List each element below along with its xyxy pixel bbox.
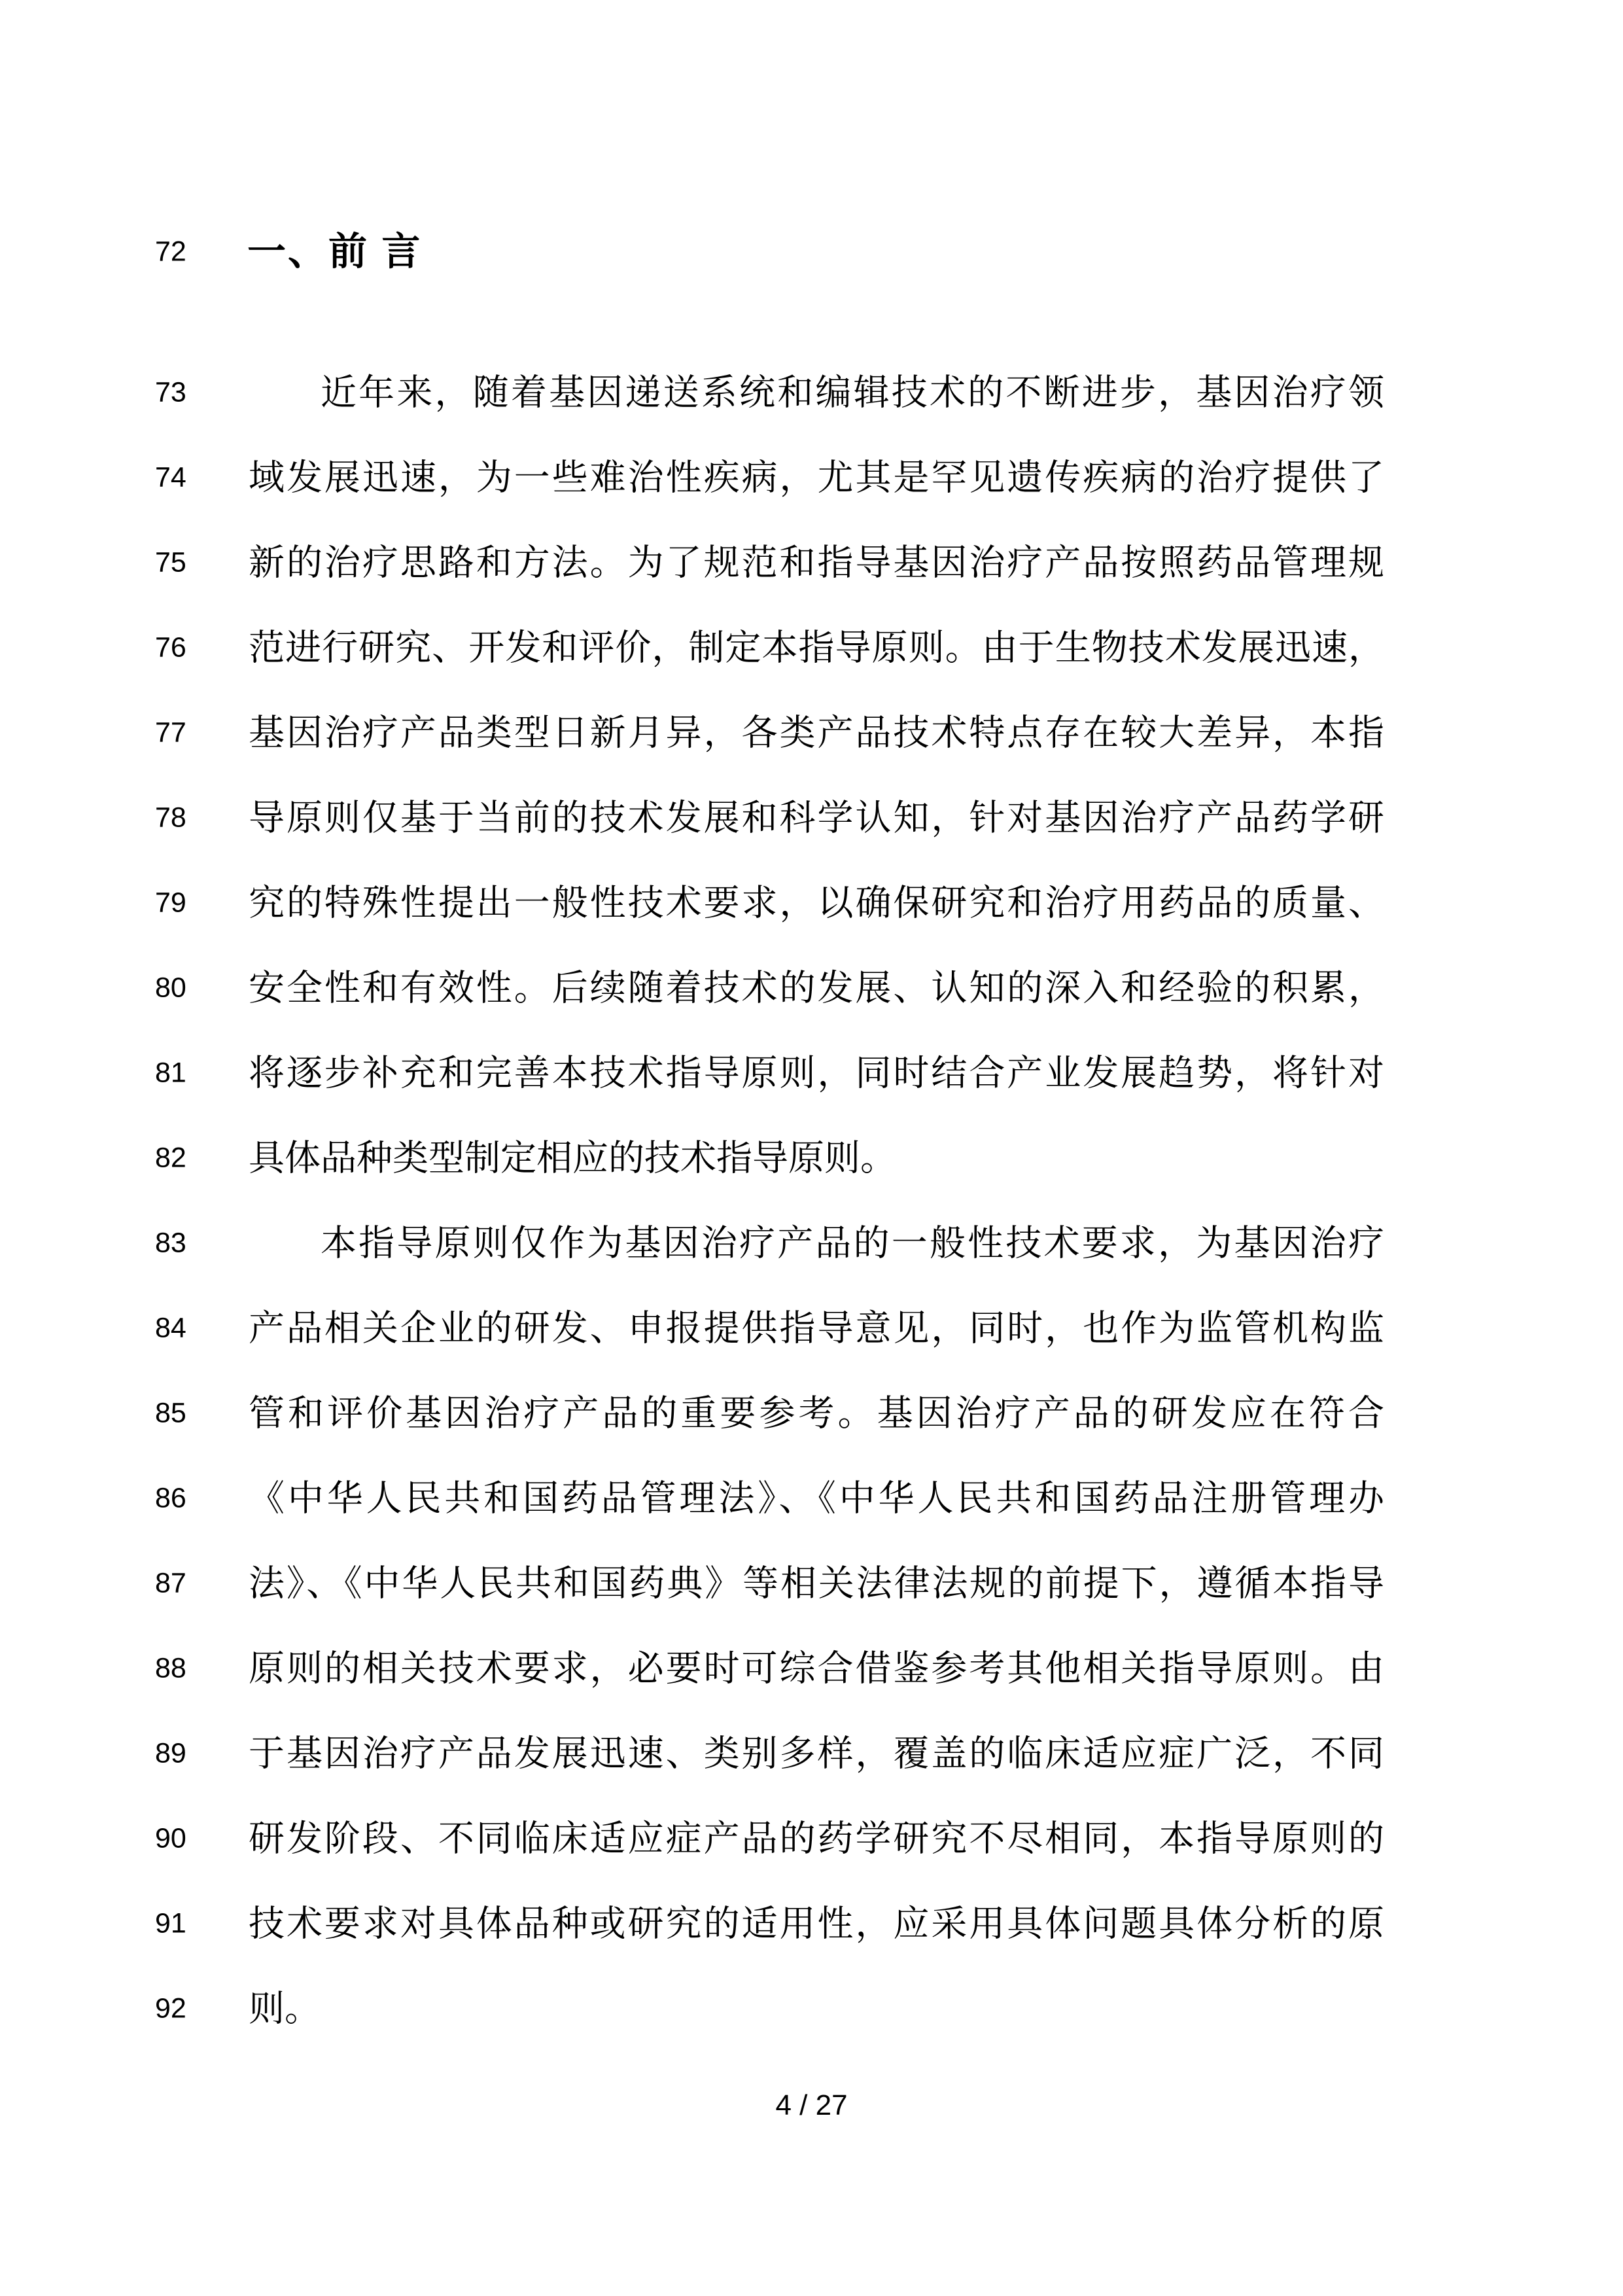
text-line-row: 80安全性和有效性。后续随着技术的发展、认知的深入和经验的积累， xyxy=(0,945,1623,1031)
line-number: 72 xyxy=(155,238,186,266)
line-number: 91 xyxy=(155,1910,186,1938)
text-line-row: 87法》、《中华人民共和国药典》等相关法律法规的前提下，遵循本指导 xyxy=(0,1541,1623,1626)
text-line-row: 90研发阶段、不同临床适应症产品的药学研究不尽相同，本指导原则的 xyxy=(0,1796,1623,1881)
line-number: 79 xyxy=(155,889,186,917)
line-text: 域发展迅速，为一些难治性疾病，尤其是罕见遗传疾病的治疗提供了 xyxy=(249,455,1384,501)
line-number: 77 xyxy=(155,719,186,747)
line-text: 本指导原则仅作为基因治疗产品的一般性技术要求，为基因治疗 xyxy=(249,1221,1384,1266)
page-footer: 4 / 27 xyxy=(0,2091,1623,2120)
numbered-lines: 73近年来，随着基因递送系统和编辑技术的不断进步，基因治疗领74域发展迅速，为一… xyxy=(0,350,1623,2051)
page-number: 4 / 27 xyxy=(775,2089,847,2121)
line-number: 73 xyxy=(155,379,186,407)
line-number: 74 xyxy=(155,464,186,492)
line-text: 新的治疗思路和方法。为了规范和指导基因治疗产品按照药品管理规 xyxy=(249,540,1384,586)
line-text: 基因治疗产品类型日新月异，各类产品技术特点存在较大差异，本指 xyxy=(249,711,1384,756)
text-line-row: 91技术要求对具体品种或研究的适用性，应采用具体问题具体分析的原 xyxy=(0,1881,1623,1966)
line-text: 范进行研究、开发和评价，制定本指导原则。由于生物技术发展迅速， xyxy=(249,626,1384,671)
line-number: 85 xyxy=(155,1400,186,1428)
heading-row: 72 一、前 言 xyxy=(0,209,1623,294)
line-number: 82 xyxy=(155,1144,186,1173)
line-number: 80 xyxy=(155,974,186,1002)
line-text: 近年来，随着基因递送系统和编辑技术的不断进步，基因治疗领 xyxy=(249,370,1384,415)
line-number: 86 xyxy=(155,1485,186,1513)
text-line-row: 88原则的相关技术要求，必要时可综合借鉴参考其他相关指导原则。由 xyxy=(0,1626,1623,1711)
line-number: 84 xyxy=(155,1315,186,1343)
text-line-row: 75新的治疗思路和方法。为了规范和指导基因治疗产品按照药品管理规 xyxy=(0,520,1623,605)
heading-spacer xyxy=(0,294,1623,350)
line-number: 92 xyxy=(155,1995,186,2023)
text-line-row: 77基因治疗产品类型日新月异，各类产品技术特点存在较大差异，本指 xyxy=(0,690,1623,775)
document-page: 72 一、前 言 73近年来，随着基因递送系统和编辑技术的不断进步，基因治疗领7… xyxy=(0,0,1623,2296)
line-text: 将逐步补充和完善本技术指导原则，同时结合产业发展趋势，将针对 xyxy=(249,1051,1384,1096)
text-line-row: 89于基因治疗产品发展迅速、类别多样，覆盖的临床适应症广泛，不同 xyxy=(0,1711,1623,1796)
document-body: 72 一、前 言 73近年来，随着基因递送系统和编辑技术的不断进步，基因治疗领7… xyxy=(0,209,1623,2051)
text-line-row: 74域发展迅速，为一些难治性疾病，尤其是罕见遗传疾病的治疗提供了 xyxy=(0,435,1623,520)
line-text: 安全性和有效性。后续随着技术的发展、认知的深入和经验的积累， xyxy=(249,966,1384,1011)
text-line-row: 73近年来，随着基因递送系统和编辑技术的不断进步，基因治疗领 xyxy=(0,350,1623,435)
line-text: 技术要求对具体品种或研究的适用性，应采用具体问题具体分析的原 xyxy=(249,1901,1384,1947)
line-text: 导原则仅基于当前的技术发展和科学认知，针对基因治疗产品药学研 xyxy=(249,796,1384,841)
line-text: 原则的相关技术要求，必要时可综合借鉴参考其他相关指导原则。由 xyxy=(249,1646,1384,1691)
text-line-row: 82具体品种类型制定相应的技术指导原则。 xyxy=(0,1116,1623,1201)
text-line-row: 84产品相关企业的研发、申报提供指导意见，同时，也作为监管机构监 xyxy=(0,1286,1623,1371)
line-text: 则。 xyxy=(249,1987,1384,2032)
line-text: 法》、《中华人民共和国药典》等相关法律法规的前提下，遵循本指导 xyxy=(249,1561,1384,1606)
line-number: 89 xyxy=(155,1740,186,1768)
line-text: 于基因治疗产品发展迅速、类别多样，覆盖的临床适应症广泛，不同 xyxy=(249,1731,1384,1776)
line-number: 87 xyxy=(155,1570,186,1598)
text-line-row: 81将逐步补充和完善本技术指导原则，同时结合产业发展趋势，将针对 xyxy=(0,1031,1623,1116)
line-text: 具体品种类型制定相应的技术指导原则。 xyxy=(249,1136,1384,1181)
text-line-row: 76范进行研究、开发和评价，制定本指导原则。由于生物技术发展迅速， xyxy=(0,605,1623,690)
line-text: 管和评价基因治疗产品的重要参考。基因治疗产品的研发应在符合 xyxy=(249,1391,1384,1436)
text-line-row: 86《中华人民共和国药品管理法》、《中华人民共和国药品注册管理办 xyxy=(0,1456,1623,1541)
line-number: 88 xyxy=(155,1655,186,1683)
line-text: 究的特殊性提出一般性技术要求，以确保研究和治疗用药品的质量、 xyxy=(249,881,1384,926)
text-line-row: 78导原则仅基于当前的技术发展和科学认知，针对基因治疗产品药学研 xyxy=(0,775,1623,860)
line-number: 90 xyxy=(155,1825,186,1853)
text-line-row: 85管和评价基因治疗产品的重要参考。基因治疗产品的研发应在符合 xyxy=(0,1371,1623,1456)
section-heading: 一、前 言 xyxy=(247,233,422,272)
line-number: 83 xyxy=(155,1229,186,1258)
text-line-row: 83本指导原则仅作为基因治疗产品的一般性技术要求，为基因治疗 xyxy=(0,1201,1623,1286)
line-text: 《中华人民共和国药品管理法》、《中华人民共和国药品注册管理办 xyxy=(249,1476,1384,1521)
line-text: 产品相关企业的研发、申报提供指导意见，同时，也作为监管机构监 xyxy=(249,1306,1384,1351)
text-line-row: 92则。 xyxy=(0,1966,1623,2051)
line-number: 76 xyxy=(155,634,186,662)
line-number: 78 xyxy=(155,804,186,832)
text-line-row: 79究的特殊性提出一般性技术要求，以确保研究和治疗用药品的质量、 xyxy=(0,860,1623,945)
line-number: 75 xyxy=(155,549,186,577)
line-number: 81 xyxy=(155,1059,186,1087)
line-text: 研发阶段、不同临床适应症产品的药学研究不尽相同，本指导原则的 xyxy=(249,1816,1384,1862)
